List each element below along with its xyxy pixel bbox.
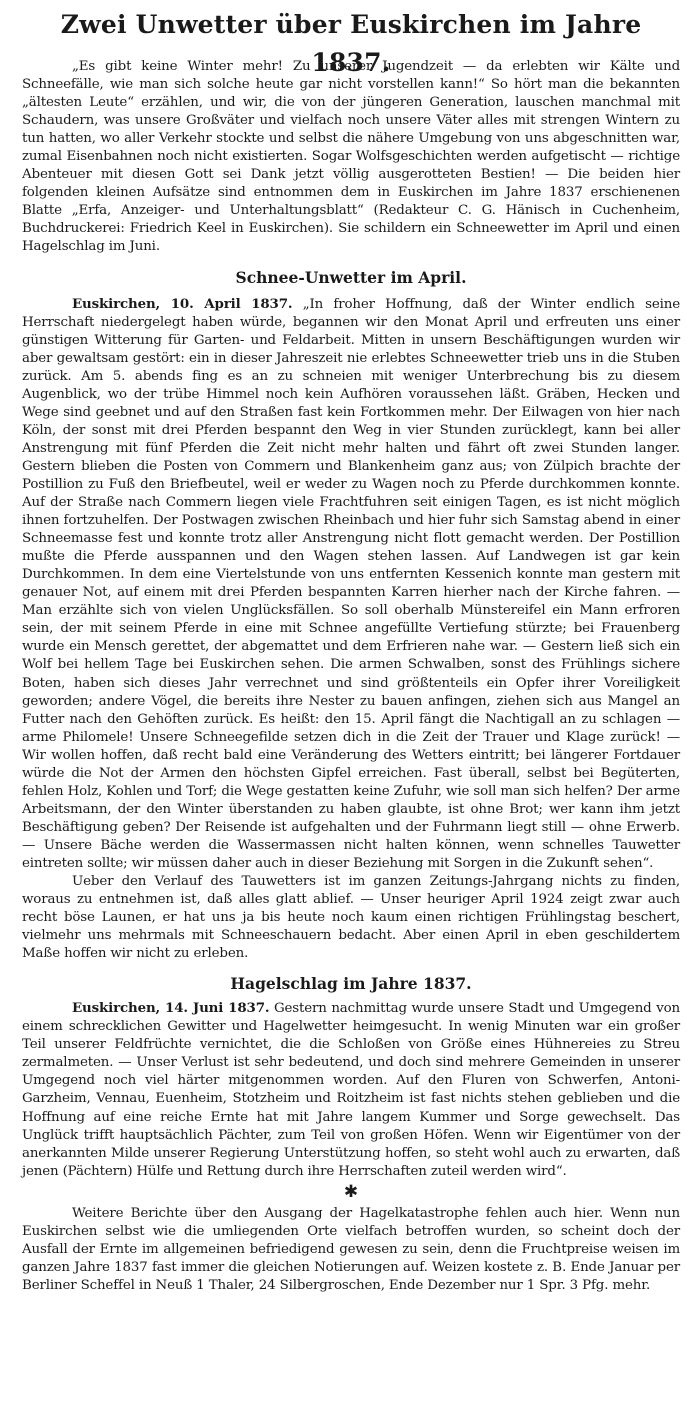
snow-report-body: „In froher Hoffnung, daß der Winter endl…	[22, 297, 680, 871]
hail-report-body: Gestern nachmittag wurde unsere Stadt un…	[22, 1001, 680, 1178]
newspaper-page: Zwei Unwetter über Euskirchen im Jahre 1…	[0, 0, 700, 1415]
section-heading-snow: Schnee-Unwetter im April.	[22, 267, 680, 289]
hail-report-paragraph: Euskirchen, 14. Juni 1837. Gestern nachm…	[22, 999, 680, 1180]
asterisk-separator-icon: ✱	[22, 1183, 680, 1201]
hail-report-dateline: Euskirchen, 14. Juni 1837.	[72, 1000, 269, 1016]
snow-report-paragraph: Euskirchen, 10. April 1837. „In froher H…	[22, 295, 680, 874]
intro-paragraph: „Es gibt keine Winter mehr! Zu unserer J…	[22, 58, 680, 257]
section-heading-hail: Hagelschlag im Jahre 1837.	[22, 973, 680, 995]
snow-report-dateline: Euskirchen, 10. April 1837.	[72, 296, 292, 312]
snow-followup-paragraph: Ueber den Verlauf des Tauwetters ist im …	[22, 873, 680, 963]
article-title: Zwei Unwetter über Euskirchen im Jahre 1…	[22, 0, 680, 50]
hail-followup-paragraph: Weitere Berichte über den Ausgang der Ha…	[22, 1205, 680, 1295]
